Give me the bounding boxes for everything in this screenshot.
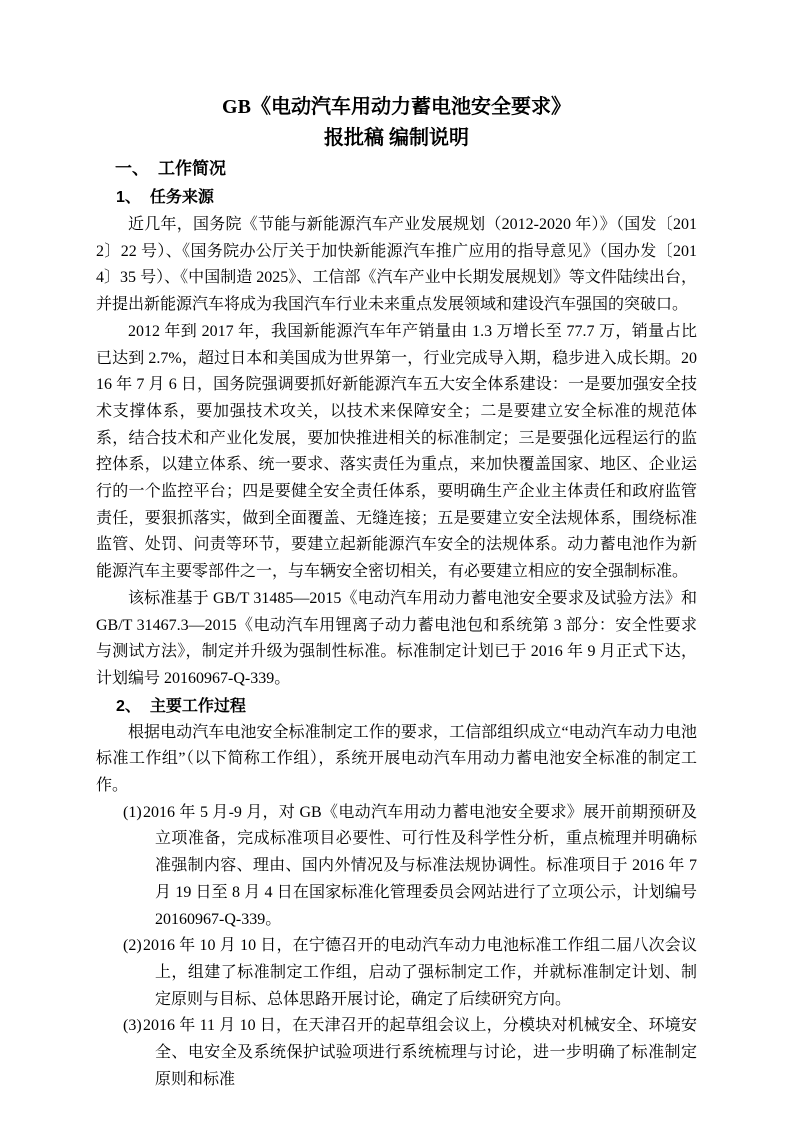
document-page: GB《电动汽车用动力蓄电池安全要求》 报批稿 编制说明 一、工作简况 1、任务来… (0, 0, 793, 1122)
list-item-text: 2016 年 5 月-9 月，对 GB《电动汽车用动力蓄电池安全要求》展开前期预… (143, 804, 697, 928)
paragraph-standard-basis: 该标准基于 GB/T 31485—2015《电动汽车用动力蓄电池安全要求及试验方… (96, 586, 697, 693)
list-item: (2)2016 年 10 月 10 日，在宁德召开的电动汽车动力电池标准工作组二… (96, 933, 697, 1013)
section-heading-title: 工作简况 (158, 159, 226, 178)
document-title-line1: GB《电动汽车用动力蓄电池安全要求》 (96, 92, 697, 123)
paragraph-industry-growth: 2012 年到 2017 年，我国新能源汽车年产销量由 1.3 万增长至 77.… (96, 319, 697, 586)
subsection-heading-task-source: 1、任务来源 (116, 183, 697, 212)
paragraph-policy-background: 近几年，国务院《节能与新能源汽车产业发展规划（2012-2020 年）》（国发〔… (96, 212, 697, 319)
list-item-text: 2016 年 10 月 10 日，在宁德召开的电动汽车动力电池标准工作组二届八次… (143, 937, 697, 1007)
subsection-heading-work-process: 2、主要工作过程 (116, 693, 697, 720)
section-heading-work-overview: 一、工作简况 (115, 154, 697, 183)
list-item-marker: (2) (123, 933, 142, 960)
subsection-heading-title: 主要工作过程 (150, 698, 246, 715)
subsection-heading-number: 1、 (116, 189, 141, 206)
section-heading-number: 一、 (115, 159, 149, 178)
paragraph-working-group: 根据电动汽车电池安全标准制定工作的要求，工信部组织成立“电动汽车动力电池标准工作… (96, 720, 697, 800)
milestone-list: (1)2016 年 5 月-9 月，对 GB《电动汽车用动力蓄电池安全要求》展开… (96, 800, 697, 1094)
subsection-heading-title: 任务来源 (150, 189, 214, 206)
list-item: (1)2016 年 5 月-9 月，对 GB《电动汽车用动力蓄电池安全要求》展开… (96, 800, 697, 934)
list-item-marker: (3) (123, 1013, 142, 1040)
document-title-line2: 报批稿 编制说明 (96, 123, 697, 154)
subsection-heading-number: 2、 (116, 698, 141, 715)
list-item-text: 2016 年 11 月 10 日，在天津召开的起草组会议上，分模块对机械安全、环… (143, 1017, 697, 1087)
list-item-marker: (1) (123, 800, 142, 827)
list-item: (3)2016 年 11 月 10 日，在天津召开的起草组会议上，分模块对机械安… (96, 1013, 697, 1093)
